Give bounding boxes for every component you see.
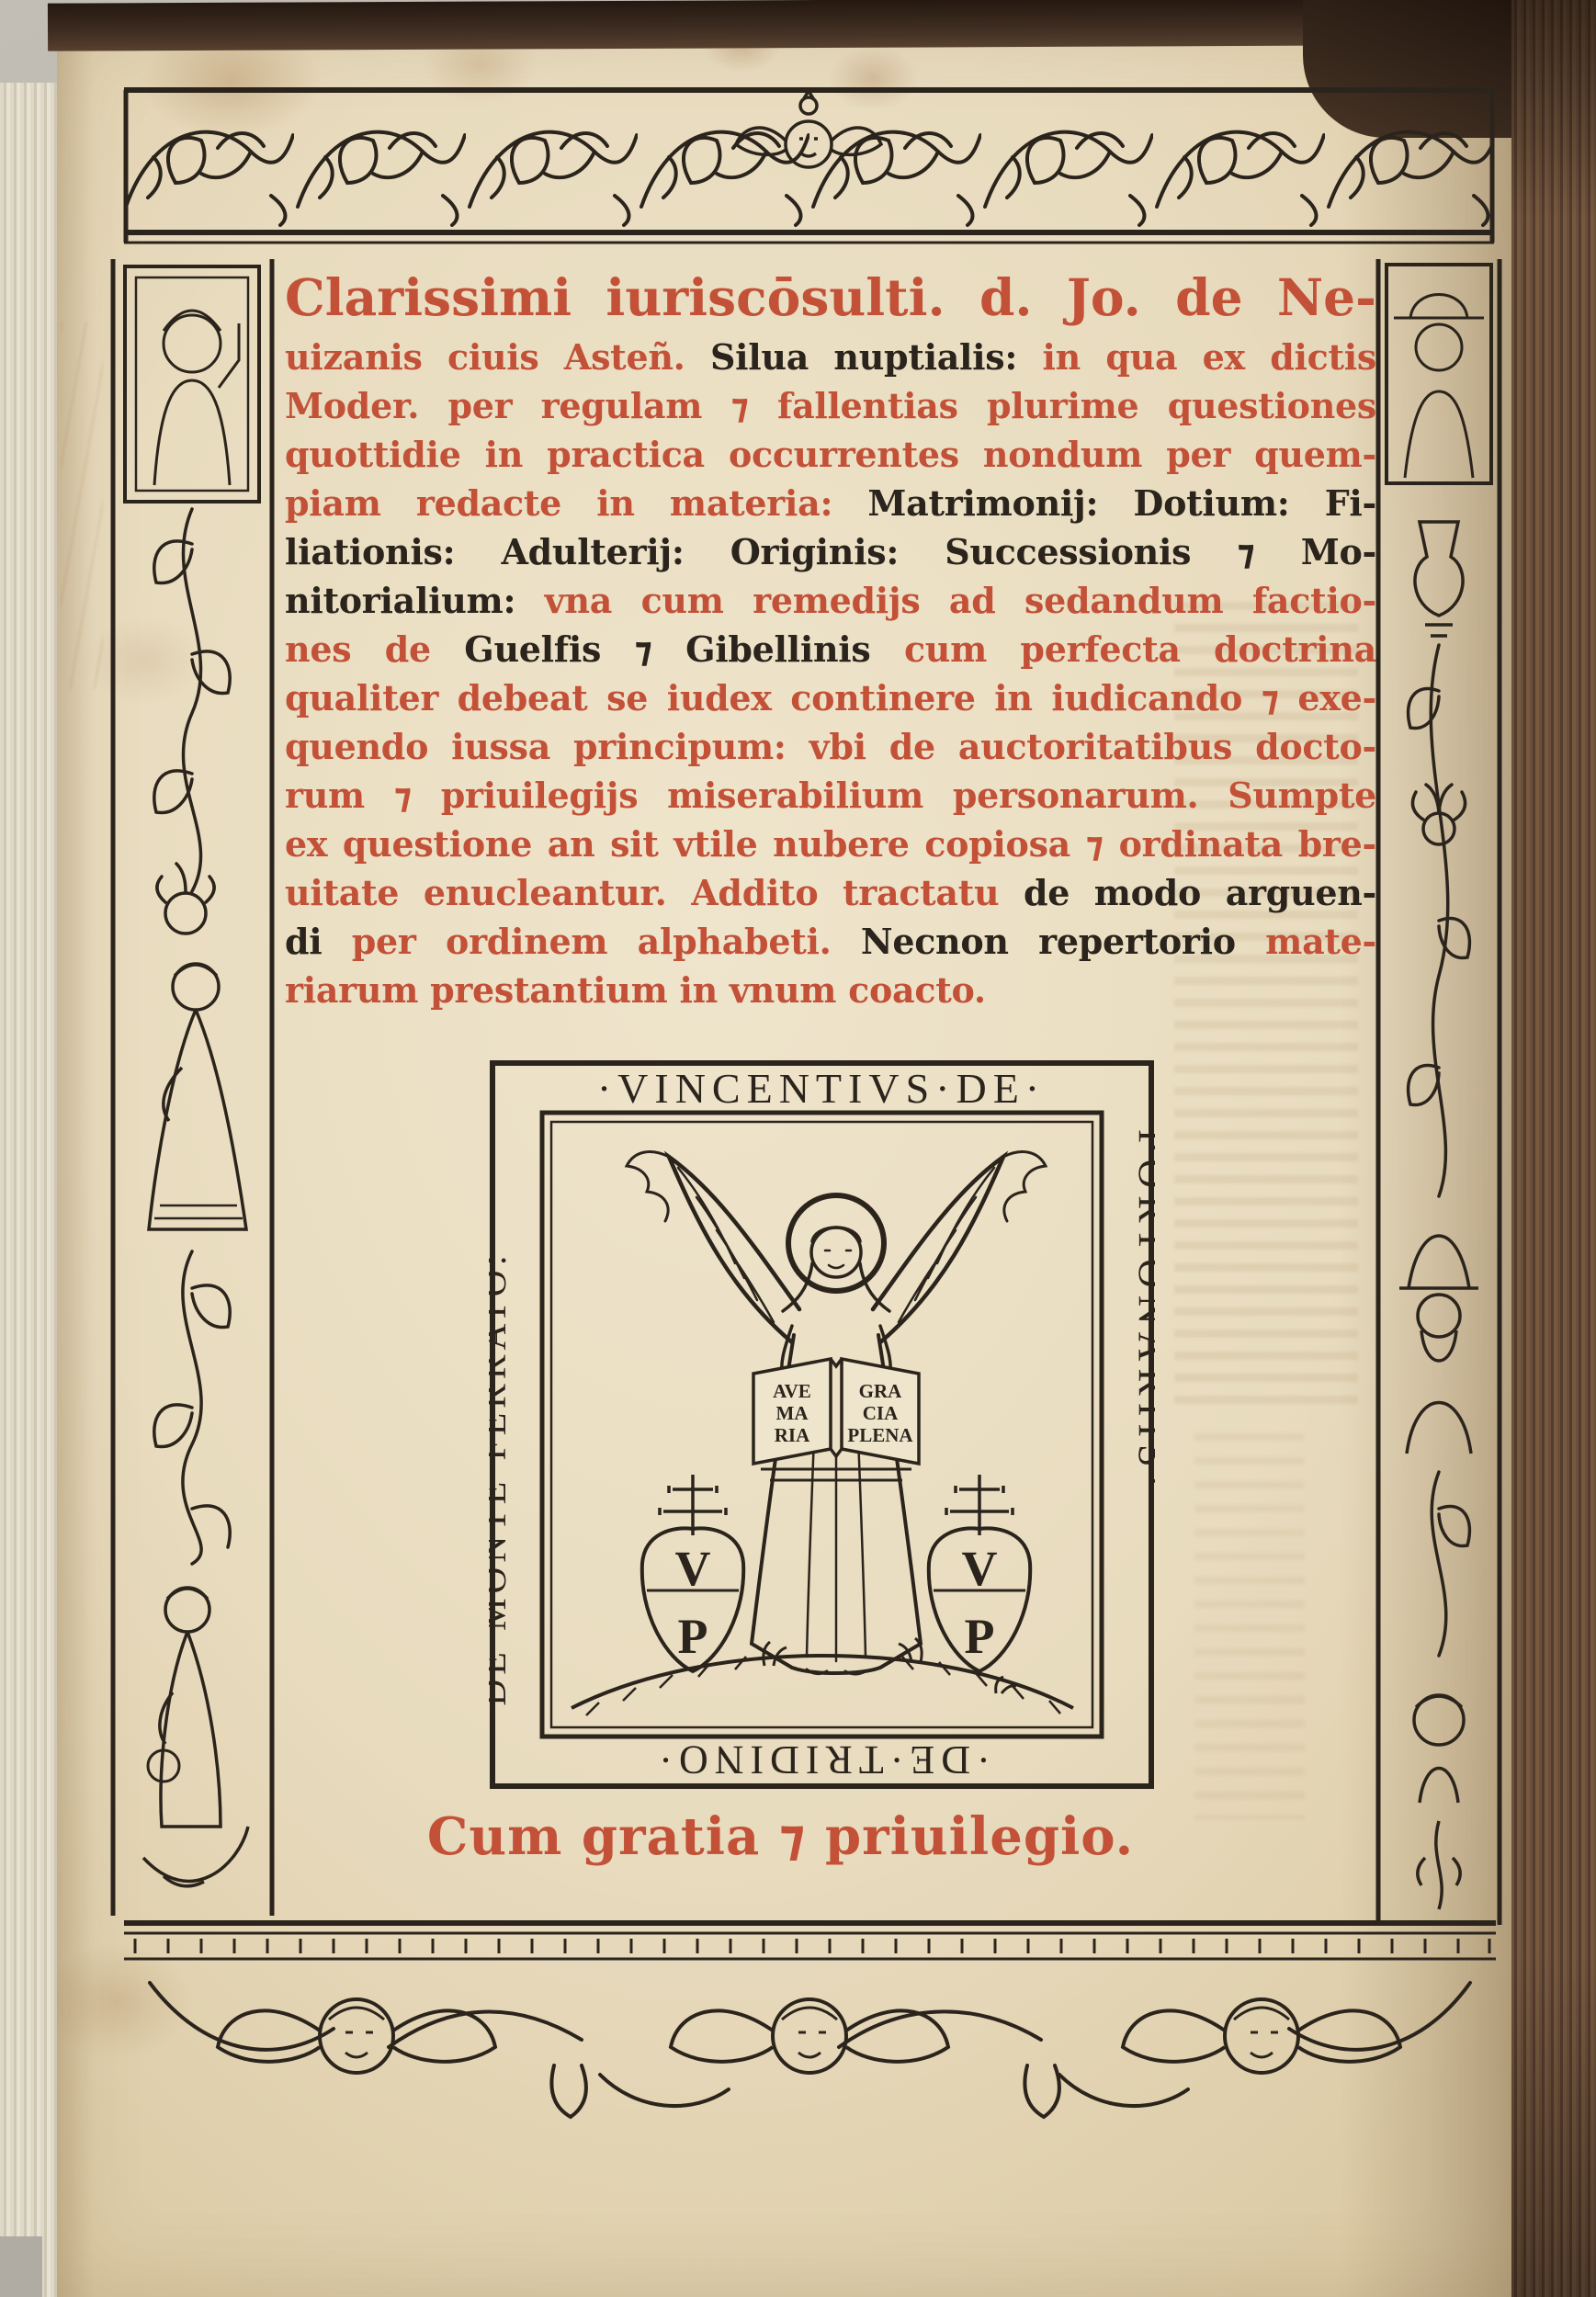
- title-line: quottidie in practica occurrentes nondum…: [285, 430, 1376, 479]
- faint-margin-marks: [61, 322, 103, 689]
- title-line: quendo iussa principum: vbi de auctorita…: [285, 722, 1376, 771]
- hatch-ticks: [135, 1939, 1489, 1953]
- title-line: nitorialium: vna cum remedijs ad sedandu…: [285, 576, 1376, 625]
- figure-woman-standing: [148, 1588, 221, 1827]
- shield-letter-p: P: [965, 1609, 995, 1664]
- book-line: AVE: [773, 1380, 811, 1402]
- figure-panel-man-hat: [1387, 265, 1491, 483]
- title-line: uizanis ciuis Asteñ. Silua nuptialis: in…: [285, 333, 1376, 381]
- ground-mound: [572, 1638, 1073, 1715]
- title-segment-red: piam redacte in materia:: [285, 482, 867, 524]
- title-line: piam redacte in materia: Matrimonij: Dot…: [285, 479, 1376, 527]
- book-line: RIA: [775, 1424, 810, 1446]
- cherub-head: [671, 1999, 948, 2073]
- shield-letter-v: V: [962, 1541, 998, 1596]
- angel-wing-left: [627, 1152, 799, 1342]
- shield-letter-v: V: [675, 1541, 711, 1596]
- ink-showthrough: [1194, 1433, 1305, 1819]
- title-segment-black: Necnon repertorio: [861, 921, 1265, 962]
- cherub-head: [1123, 1999, 1400, 2073]
- title-segment-red: uitate enucleantur. Addito tractatu: [285, 872, 1024, 913]
- title-segment-red: in qua ex dictis: [1043, 336, 1376, 378]
- title-segment-red: vna cum remedijs ad sedandum factio-: [545, 580, 1376, 621]
- title-segment-red: uizanis ciuis Asteñ.: [285, 336, 710, 378]
- title-segment-black: Silua nuptialis:: [710, 336, 1043, 378]
- book-line: CIA: [863, 1402, 899, 1424]
- title-segment-red: riarum prestantium in vnum coacto.: [285, 969, 986, 1011]
- title-segment-red: Clarissimi iuriscōsulti. d. Jo. de Ne-: [285, 267, 1376, 327]
- figure-head-bottom: [1414, 1695, 1464, 1803]
- printer-shield-right: V P: [929, 1475, 1030, 1671]
- woodcut-border-top: [122, 85, 1496, 250]
- title-segment-black: de modo arguen-: [1024, 872, 1376, 913]
- title-segment-red: Moder. per regulam ⁊ fallentias plurime …: [285, 385, 1376, 426]
- title-line: qualiter debeat se iudex continere in iu…: [285, 673, 1376, 722]
- floral-stem: [154, 509, 230, 934]
- angel-wing-right: [873, 1152, 1046, 1342]
- title-segment-red: rum ⁊ priuilegijs miserabilium personaru…: [285, 775, 1376, 816]
- device-border-text-right: PORTONARIIS·: [1130, 1129, 1155, 1495]
- title-line: riarum prestantium in vnum coacto.: [285, 966, 1376, 1014]
- title-text-block: Clarissimi iuriscōsulti. d. Jo. de Ne- u…: [285, 263, 1376, 1014]
- title-line: liationis: Adulterij: Originis: Successi…: [285, 527, 1376, 576]
- figure-bearded-man: [1399, 1236, 1478, 1454]
- tall-flower-stem: [1409, 645, 1470, 1196]
- title-line: uitate enucleantur. Addito tractatu de m…: [285, 868, 1376, 917]
- book-page-block-edge: [1511, 0, 1596, 2297]
- title-segment-black: liationis: Adulterij: Originis: Successi…: [285, 531, 1376, 572]
- woodcut-border-left: [108, 259, 277, 1916]
- privilege-line: Cum gratia ⁊ priuilegio.: [122, 1806, 1498, 1867]
- title-segment-red: cum perfecta doctrina: [904, 628, 1376, 670]
- photo-of-antique-book-title-page: Clarissimi iuriscōsulti. d. Jo. de Ne- u…: [0, 0, 1596, 2297]
- title-segment-red: per ordinem alphabeti.: [352, 921, 861, 962]
- title-line: di per ordinem alphabeti. Necnon reperto…: [285, 917, 1376, 966]
- figure-panel-woman-scroll: [125, 266, 259, 502]
- title-segment-red: mate-: [1265, 921, 1376, 962]
- title-line: rum ⁊ priuilegijs miserabilium personaru…: [285, 771, 1376, 820]
- title-line: ex questione an sit vtile nubere copiosa…: [285, 820, 1376, 868]
- title-segment-red: nes de: [285, 628, 464, 670]
- woodcut-border-bottom: [122, 1918, 1498, 2145]
- title-line: Moder. per regulam ⁊ fallentias plurime …: [285, 381, 1376, 430]
- title-segment-red: quottidie in practica occurrentes nondum…: [285, 434, 1376, 475]
- vase-ornament: [1415, 522, 1463, 636]
- title-segment-red: qualiter debeat se iudex continere in iu…: [285, 677, 1376, 719]
- title-segment-black: nitorialium:: [285, 580, 545, 621]
- device-border-text-left: ·DE·MONTE·FERRATO:: [489, 1250, 514, 1723]
- printer-shield-left: V P: [642, 1475, 743, 1671]
- foliate-scrollwork: [150, 1983, 1470, 2117]
- title-segment-red: quendo iussa principum: vbi de auctorita…: [285, 726, 1376, 767]
- title-line: nes de Guelfis ⁊ Gibellinis cum perfecta…: [285, 625, 1376, 673]
- title-segment-black: Matrimonij: Dotium: Fi-: [867, 482, 1376, 524]
- shield-letter-p: P: [678, 1609, 708, 1664]
- cherub-head: [218, 1999, 495, 2073]
- title-segment-black: Guelfis ⁊ Gibellinis: [464, 628, 904, 670]
- printer-device-woodcut: ·VINCENTIVS·DE· PORTONARIIS· ·DE·TRIDINO…: [489, 1059, 1155, 1790]
- book-line: PLENA: [847, 1424, 913, 1446]
- title-line: Clarissimi iuriscōsulti. d. Jo. de Ne-: [285, 263, 1376, 333]
- book-line: MA: [776, 1402, 809, 1424]
- figure-lady-gown: [149, 964, 246, 1229]
- device-border-text-bottom: ·DE·TRIDINO·: [652, 1737, 990, 1782]
- background-corner: [0, 2236, 42, 2297]
- device-border-text-top: ·VINCENTIVS·DE·: [597, 1065, 1046, 1112]
- leaf-scroll: [154, 1251, 230, 1564]
- book-line: GRA: [859, 1380, 903, 1402]
- title-segment-black: di: [285, 921, 352, 962]
- woodcut-border-right: [1374, 259, 1504, 1925]
- leaf-scroll: [1432, 1472, 1469, 1656]
- title-segment-red: ex questione an sit vtile nubere copiosa…: [285, 823, 1376, 865]
